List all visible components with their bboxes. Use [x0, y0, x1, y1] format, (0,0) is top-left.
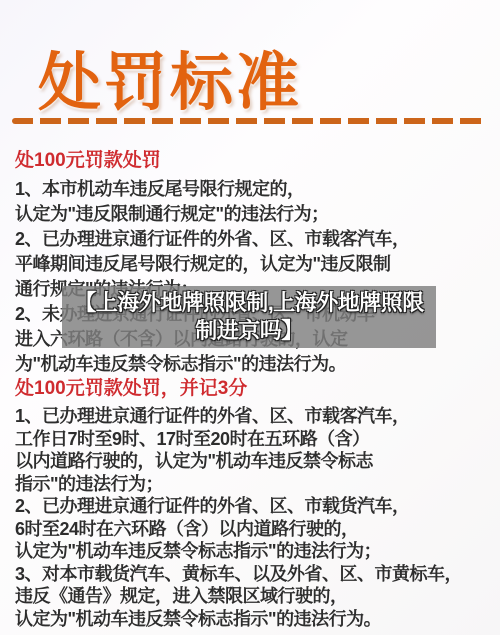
section-heading: 处100元罚款处罚，并记3分 [15, 373, 492, 400]
body-line: 2、已办理进京通行证件的外省、区、市载客汽车， [15, 227, 492, 252]
section-100yuan-fine-3points: 处100元罚款处罚，并记3分 1、已办理进京通行证件的外省、区、市载客汽车， 工… [15, 373, 492, 630]
body-line: 1、本市机动车违反尾号限行规定的， [15, 177, 492, 202]
penalty-standards-poster: 处罚标准 处100元罚款处罚 1、本市机动车违反尾号限行规定的， 认定为"违反限… [0, 0, 500, 635]
poster-title: 处罚标准 [38, 32, 302, 123]
body-line: 2、已办理进京通行证件的外省、区、市载货汽车， [15, 495, 492, 518]
body-line: 认定为"机动车违反禁令标志指示"的违法行为； [15, 540, 492, 563]
body-line: 3、对本市载货汽车、黄标车、以及外省、区、市黄标车， [15, 563, 492, 586]
body-line: 认定为"机动车违反禁令标志指示"的违法行为。 [15, 608, 492, 631]
section-heading: 处100元罚款处罚 [15, 145, 492, 172]
watermark-text: 【上海外地牌照限制,上海外地牌照限 [74, 289, 424, 317]
watermark-text: 制进京吗】 [195, 317, 303, 345]
dashed-divider [12, 118, 488, 124]
body-line: 6时至24时在六环路（含）以内道路行驶的， [15, 518, 492, 541]
watermark-overlay: 【上海外地牌照限制,上海外地牌照限 制进京吗】 [62, 286, 436, 348]
body-line: 1、已办理进京通行证件的外省、区、市载客汽车， [15, 405, 492, 428]
body-line: 以内道路行驶的，认定为"机动车违反禁令标志 [15, 450, 492, 473]
body-line: 工作日7时至9时、17时至20时在五环路（含） [15, 428, 492, 451]
body-line: 认定为"违反限制通行规定"的违法行为； [15, 202, 492, 227]
body-line: 平峰期间违反尾号限行规定的，认定为"违反限制 [15, 252, 492, 277]
body-line: 违反《通告》规定，进入禁限区域行驶的， [15, 585, 492, 608]
body-line: 指示"的违法行为； [15, 473, 492, 496]
section-body: 1、已办理进京通行证件的外省、区、市载客汽车， 工作日7时至9时、17时至20时… [15, 405, 492, 630]
